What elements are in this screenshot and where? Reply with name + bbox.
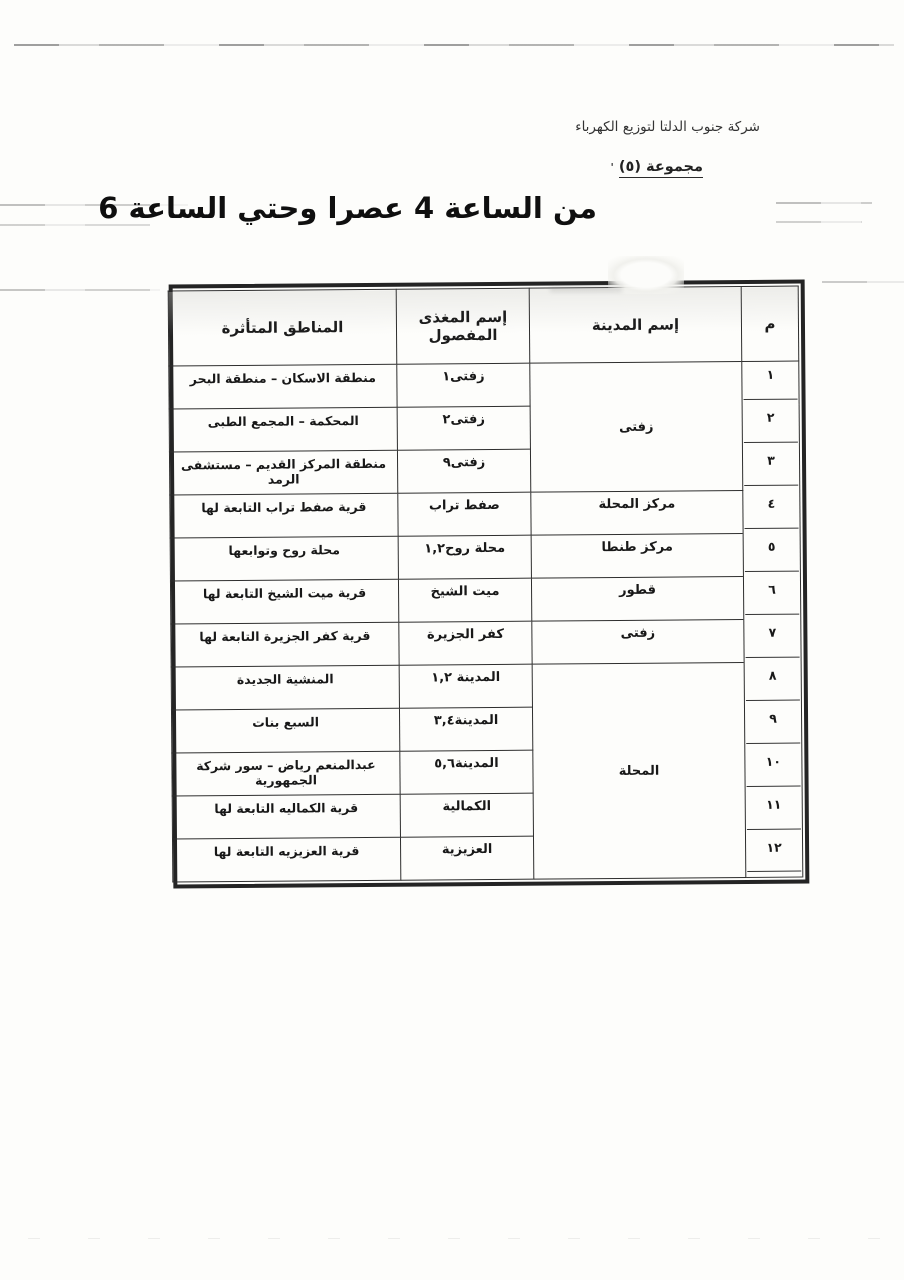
row-number-cell: ٢ <box>742 404 799 447</box>
feeder-cell: المدينة٣,٤ <box>399 707 532 751</box>
city-cell: زفتى <box>532 620 744 665</box>
feeder-cell: زفتى٢ <box>397 406 530 450</box>
outage-row: ٨المحلةالمدينة ١,٢المنشية الجديدة <box>171 662 801 710</box>
pen-tick-mark: ' <box>611 161 614 174</box>
affected-areas-cell: قرية الكماليه التابعة لها <box>172 794 400 839</box>
feeder-cell: كفر الجزيرة <box>399 621 532 665</box>
outage-row: ٦قطورميت الشيخقرية ميت الشيخ التابعة لها <box>170 576 800 624</box>
feeder-cell: الكمالية <box>400 793 533 837</box>
affected-areas-cell: المنشية الجديدة <box>171 665 399 710</box>
header-cell-city: إسم المدينة <box>529 287 742 364</box>
city-cell: المحلة <box>532 662 746 879</box>
header-cell-feeder: إسم المغذى المفصول <box>396 288 530 364</box>
feeder-cell: زفتى١ <box>397 363 530 407</box>
outage-table: م إسم المدينة إسم المغذى المفصول المناطق… <box>168 286 804 883</box>
header-cell-areas: المناطق المتأثرة <box>168 289 397 366</box>
row-number-cell: ٣ <box>742 447 799 490</box>
feeder-cell: العزيزية <box>400 836 533 880</box>
affected-areas-cell: قرية ميت الشيخ التابعة لها <box>170 579 398 624</box>
outage-table-border: م إسم المدينة إسم المغذى المفصول المناطق… <box>169 280 810 889</box>
group-label: مجموعة (٥)' <box>606 159 704 175</box>
outage-row: ٧زفتىكفر الجزيرةقرية كفر الجزيرة التابعة… <box>171 619 801 667</box>
header-cell-number: م <box>741 286 799 361</box>
city-cell: زفتى <box>530 362 743 493</box>
affected-areas-cell: محلة روح وتوابعها <box>170 536 398 581</box>
outage-table-wrap: م إسم المدينة إسم المغذى المفصول المناطق… <box>169 280 810 889</box>
city-cell: قطور <box>531 577 743 622</box>
affected-areas-cell: منطقة المركز القديم – مستشفى الرمد <box>169 450 397 495</box>
affected-areas-cell: قرية صفط تراب التابعة لها <box>170 493 398 538</box>
scanned-page: شركة جنوب الدلتا لتوزيع الكهرباء مجموعة … <box>0 0 904 1280</box>
row-number-cell: ١٢ <box>745 834 802 877</box>
affected-areas-cell: السبع بنات <box>171 708 399 753</box>
company-name: شركة جنوب الدلتا لتوزيع الكهرباء <box>575 119 760 135</box>
city-cell: مركز طنطا <box>531 534 743 579</box>
row-number-cell: ٧ <box>744 619 801 662</box>
feeder-cell: محلة روح١,٢ <box>398 535 531 579</box>
outage-row: ١زفتىزفتى١منطقة الاسكان – منطقة البحر <box>169 361 799 409</box>
row-number-cell: ٦ <box>743 576 800 619</box>
feeder-cell: ميت الشيخ <box>398 578 531 622</box>
row-number-cell: ٩ <box>744 705 801 748</box>
scan-artifact-line <box>28 1238 880 1239</box>
affected-areas-cell: عبدالمنعم رياض – سور شركة الجمهورية <box>172 751 400 796</box>
outage-row: ٥مركز طنطامحلة روح١,٢محلة روح وتوابعها <box>170 533 800 581</box>
row-number-cell: ١ <box>742 361 799 404</box>
affected-areas-cell: منطقة الاسكان – منطقة البحر <box>169 364 397 409</box>
row-number-cell: ٤ <box>743 490 800 533</box>
scan-artifact-line <box>14 44 894 46</box>
outage-row: ٤مركز المحلةصفط ترابقرية صفط تراب التابع… <box>170 490 800 538</box>
schedule-title: من الساعة 4 عصرا وحتي الساعة 6 <box>98 191 597 225</box>
scan-artifact-line <box>776 202 872 204</box>
feeder-cell: زفتى٩ <box>397 449 530 493</box>
scan-artifact-line <box>0 289 160 291</box>
row-number-cell: ٨ <box>744 662 801 705</box>
affected-areas-cell: المحكمة – المجمع الطبى <box>169 407 397 452</box>
row-number-cell: ١١ <box>745 791 802 834</box>
group-label-text: مجموعة (٥) <box>619 159 703 178</box>
row-number-cell: ١٠ <box>745 748 802 791</box>
feeder-cell: صفط تراب <box>398 492 531 536</box>
affected-areas-cell: قرية كفر الجزيرة التابعة لها <box>171 622 399 667</box>
feeder-cell: المدينة٥,٦ <box>400 750 533 794</box>
row-number-cell: ٥ <box>743 533 800 576</box>
table-header-row: م إسم المدينة إسم المغذى المفصول المناطق… <box>168 286 799 366</box>
scan-artifact-line <box>822 281 904 283</box>
scan-artifact-line <box>776 221 862 223</box>
city-cell: مركز المحلة <box>531 491 743 536</box>
affected-areas-cell: قرية العزيزيه التابعة لها <box>172 837 400 882</box>
feeder-cell: المدينة ١,٢ <box>399 664 532 708</box>
outage-table-body: ١زفتىزفتى١منطقة الاسكان – منطقة البحر٢زف… <box>169 361 803 882</box>
